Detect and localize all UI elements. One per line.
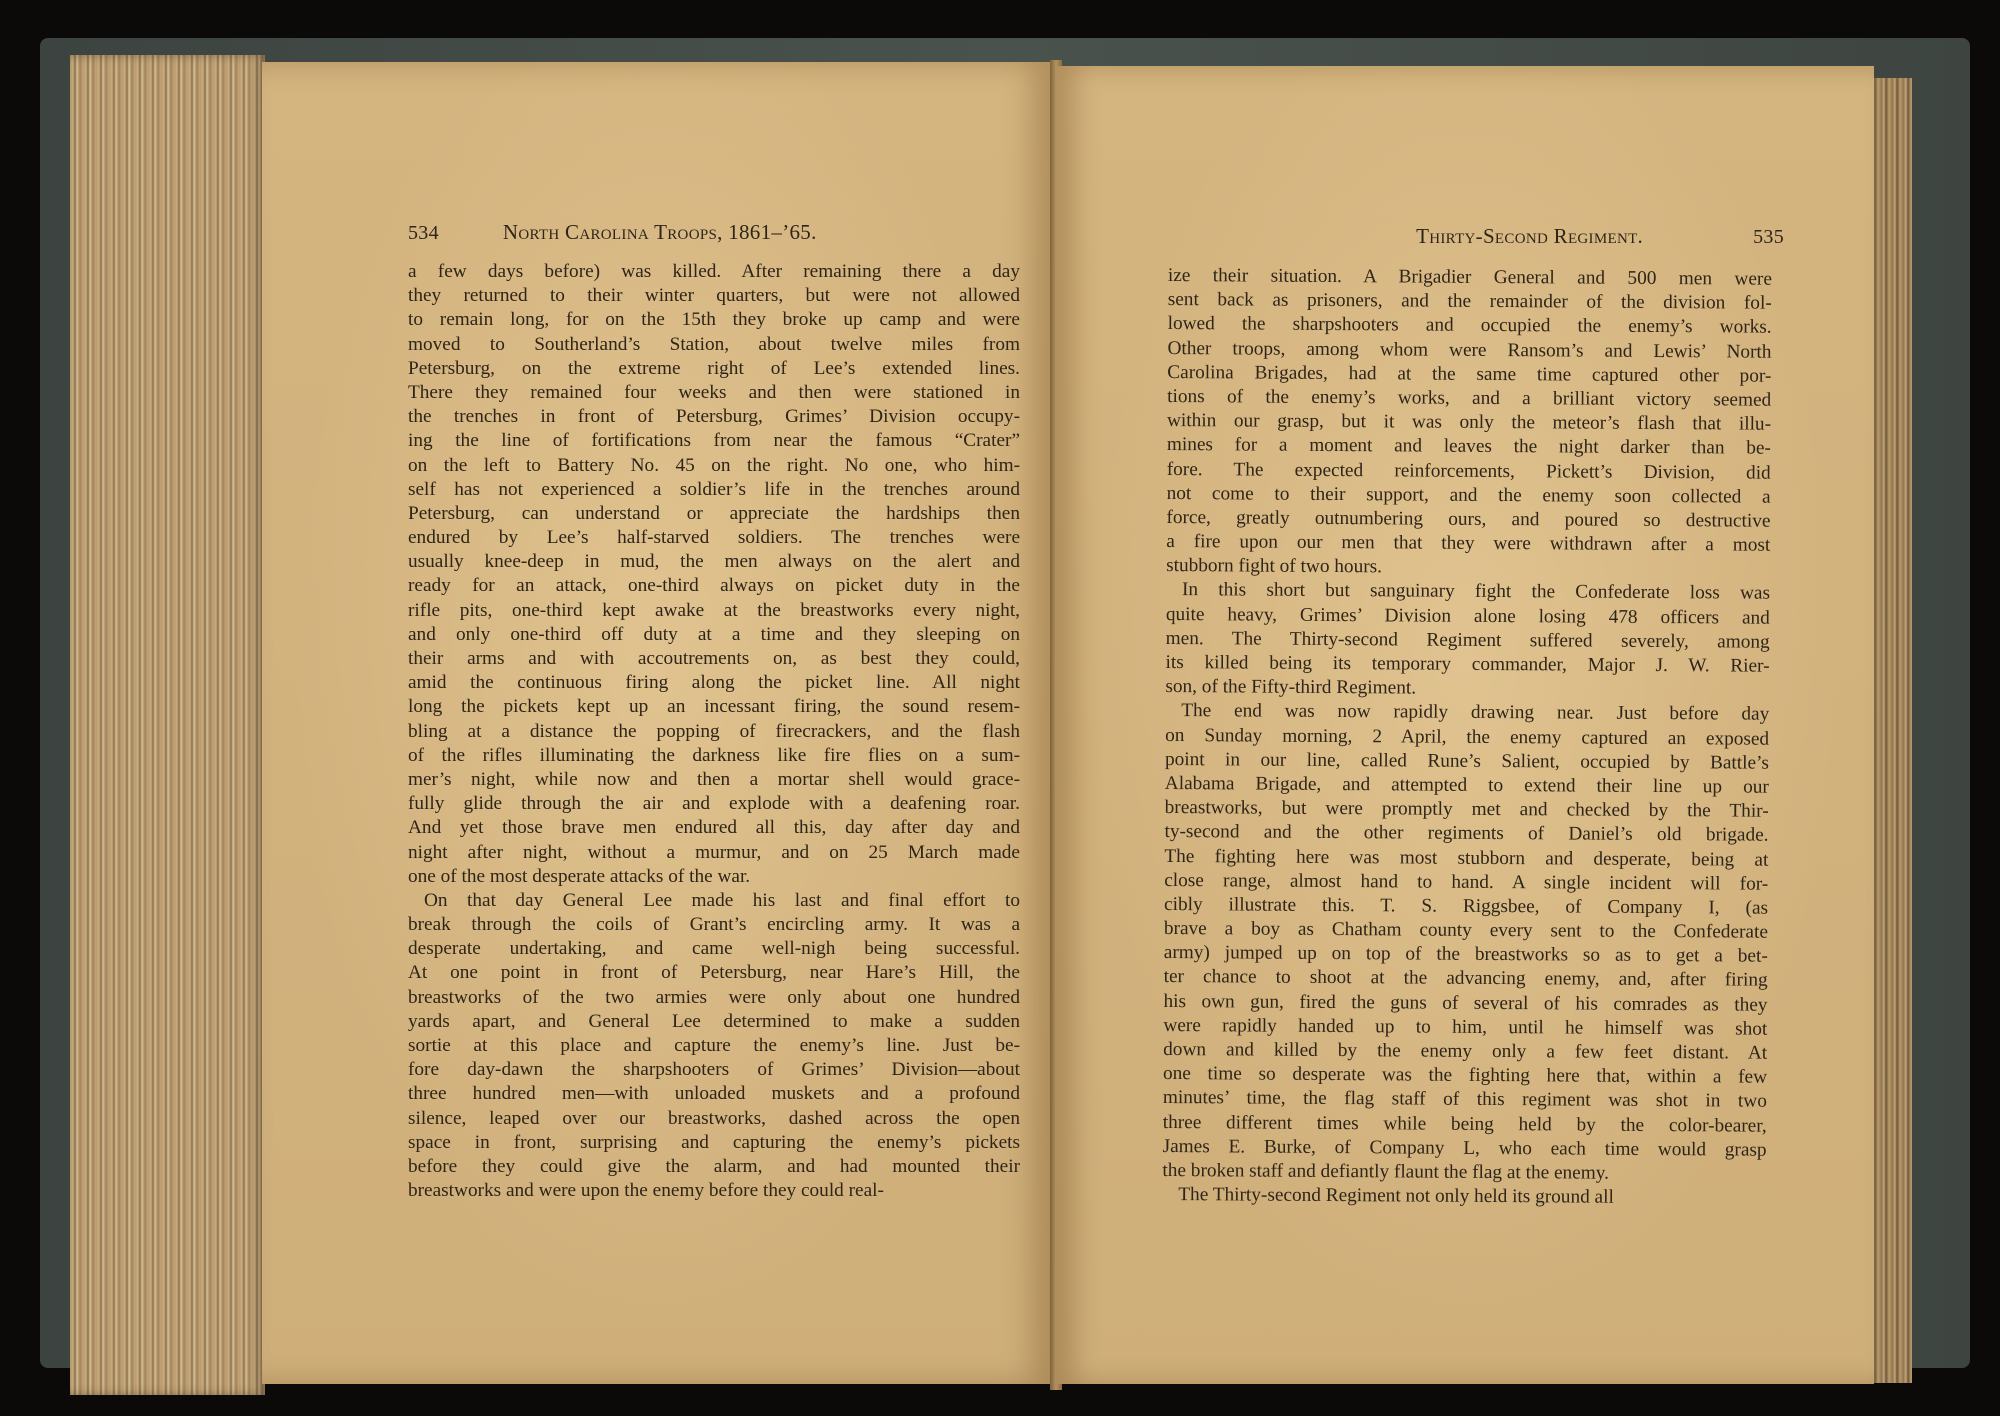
text-line: rifle pits, one-third kept awake at the … [408, 599, 1020, 623]
text-line: In this short but sanguinary fight the C… [1166, 578, 1770, 606]
text-line: three hundred men—with unloaded muskets … [408, 1082, 1020, 1106]
text-line: quite heavy, Grimes’ Division alone losi… [1166, 603, 1770, 631]
text-line: force, greatly outnumbering ours, and po… [1166, 506, 1770, 534]
text-line: and only one-third off duty at a time an… [408, 623, 1020, 647]
text-line: their arms and with accoutrements on, as… [408, 647, 1020, 671]
text-line: stubborn fight of two hours. [1166, 554, 1770, 582]
text-line: before they could give the alarm, and ha… [408, 1155, 1020, 1179]
text-line: brave a boy as Chatham county every sent… [1164, 917, 1768, 945]
right-running-head: Thirty-Second Regiment. 535 [1168, 224, 1784, 249]
text-line: army) jumped up on top of the breastwork… [1164, 941, 1768, 969]
text-line: his own gun, fired the guns of several o… [1163, 990, 1767, 1018]
text-line: There they remained four weeks and then … [408, 381, 1020, 405]
page-edges-right [1870, 78, 1912, 1383]
text-line: breastworks and were upon the enemy befo… [408, 1179, 1020, 1203]
text-line: amid the continuous firing along the pic… [408, 671, 1020, 695]
text-line: The end was now rapidly drawing near. Ju… [1165, 699, 1769, 727]
text-line: fully glide through the air and explode … [408, 792, 1020, 816]
text-line: James E. Burke, of Company L, who each t… [1163, 1135, 1767, 1163]
text-line: on the left to Battery No. 45 on the rig… [408, 454, 1020, 478]
text-line: lowed the sharpshooters and occupied the… [1168, 312, 1772, 340]
text-line: At one point in front of Petersburg, nea… [408, 961, 1020, 985]
text-line: ing the line of fortifications from near… [408, 429, 1020, 453]
text-line: they returned to their winter quarters, … [408, 284, 1020, 308]
right-body-text: ize their situation. A Brigadier General… [1162, 264, 1772, 1211]
text-line: ready for an attack, one-third always on… [408, 574, 1020, 598]
page-number: 535 [1753, 226, 1784, 249]
text-line: Alabama Brigade, and attempted to extend… [1165, 772, 1769, 800]
text-line: And yet those brave men endured all this… [408, 816, 1020, 840]
text-line: night after night, without a murmur, and… [408, 841, 1020, 865]
text-line: close range, almost hand to hand. A sing… [1164, 869, 1768, 897]
text-line: desperate undertaking, and came well-nig… [408, 937, 1020, 961]
running-title: North Carolina Troops, 1861–’65. [503, 220, 817, 245]
text-line: break through the coils of Grant’s encir… [408, 913, 1020, 937]
text-line: fore. The expected reinforcements, Picke… [1167, 457, 1771, 485]
text-line: fore day-dawn the sharpshooters of Grime… [408, 1058, 1020, 1082]
text-line: yards apart, and General Lee determined … [408, 1010, 1020, 1034]
text-line: on Sunday morning, 2 April, the enemy ca… [1165, 724, 1769, 752]
text-line: mines for a moment and leaves the night … [1167, 433, 1771, 461]
text-line: usually knee-deep in mud, the men always… [408, 550, 1020, 574]
text-line: On that day General Lee made his last an… [408, 889, 1020, 913]
text-line: a few days before) was killed. After rem… [408, 260, 1020, 284]
text-line: minutes’ time, the flag staff of this re… [1163, 1086, 1767, 1114]
text-line: point in our line, called Rune’s Salient… [1165, 748, 1769, 776]
text-line: ty-second and the other regiments of Dan… [1164, 820, 1768, 848]
text-line: the trenches in front of Petersburg, Gri… [408, 405, 1020, 429]
text-line: to remain long, for on the 15th they bro… [408, 308, 1020, 332]
text-line: cibly illustrate this. T. S. Riggsbee, o… [1164, 893, 1768, 921]
right-page: Thirty-Second Regiment. 535 ize their si… [1056, 66, 1874, 1384]
text-line: son, of the Fifty-third Regiment. [1165, 675, 1769, 703]
text-line: space in front, surprising and capturing… [408, 1131, 1020, 1155]
text-line: self has not experienced a soldier’s lif… [408, 478, 1020, 502]
text-line: men. The Thirty-second Regiment suffered… [1166, 627, 1770, 655]
text-line: were rapidly handed up to him, until he … [1163, 1014, 1767, 1042]
text-line: tions of the enemy’s works, and a brilli… [1167, 385, 1771, 413]
text-line: The fighting here was most stubborn and … [1164, 844, 1768, 872]
text-line: Petersburg, can understand or appreciate… [408, 502, 1020, 526]
running-title: Thirty-Second Regiment. [1416, 224, 1643, 249]
text-line: endured by Lee’s half-starved soldiers. … [408, 526, 1020, 550]
text-line: one of the most desperate attacks of the… [408, 865, 1020, 889]
text-line: Other troops, among whom were Ransom’s a… [1167, 337, 1771, 365]
text-line: sent back as prisoners, and the remainde… [1168, 288, 1772, 316]
text-line: of the rifles illuminating the darkness … [408, 744, 1020, 768]
text-line: breastworks of the two armies were only … [408, 986, 1020, 1010]
text-line: The Thirty-second Regiment not only held… [1162, 1183, 1766, 1211]
text-line: Petersburg, on the extreme right of Lee’… [408, 357, 1020, 381]
text-line: the broken staff and defiantly flaunt th… [1162, 1159, 1766, 1187]
text-line: down and killed by the enemy only a few … [1163, 1038, 1767, 1066]
text-line: sortie at this place and capture the ene… [408, 1034, 1020, 1058]
text-line: within our grasp, but it was only the me… [1167, 409, 1771, 437]
text-line: ize their situation. A Brigadier General… [1168, 264, 1772, 292]
page-number: 534 [408, 222, 439, 245]
text-line: bling at a distance the popping of firec… [408, 720, 1020, 744]
text-line: moved to Southerland’s Station, about tw… [408, 333, 1020, 357]
text-line: a fire upon our men that they were withd… [1166, 530, 1770, 558]
text-line: its killed being its temporary commander… [1165, 651, 1769, 679]
text-line: not come to their support, and the enemy… [1167, 482, 1771, 510]
text-line: breastworks, but were promptly met and c… [1165, 796, 1769, 824]
left-running-head: 534 North Carolina Troops, 1861–’65. [408, 220, 1020, 245]
left-page: 534 North Carolina Troops, 1861–’65. a f… [262, 62, 1054, 1384]
text-line: silence, leaped over our breastworks, da… [408, 1107, 1020, 1131]
text-line: mer’s night, while now and then a mortar… [408, 768, 1020, 792]
left-body-text: a few days before) was killed. After rem… [408, 260, 1020, 1203]
text-line: ter chance to shoot at the advancing ene… [1164, 965, 1768, 993]
text-line: long the pickets kept up an incessant fi… [408, 695, 1020, 719]
text-line: one time so desperate was the fighting h… [1163, 1062, 1767, 1090]
text-line: three different times while being held b… [1163, 1111, 1767, 1139]
text-line: Carolina Brigades, had at the same time … [1167, 361, 1771, 389]
page-edges-left [70, 55, 265, 1395]
